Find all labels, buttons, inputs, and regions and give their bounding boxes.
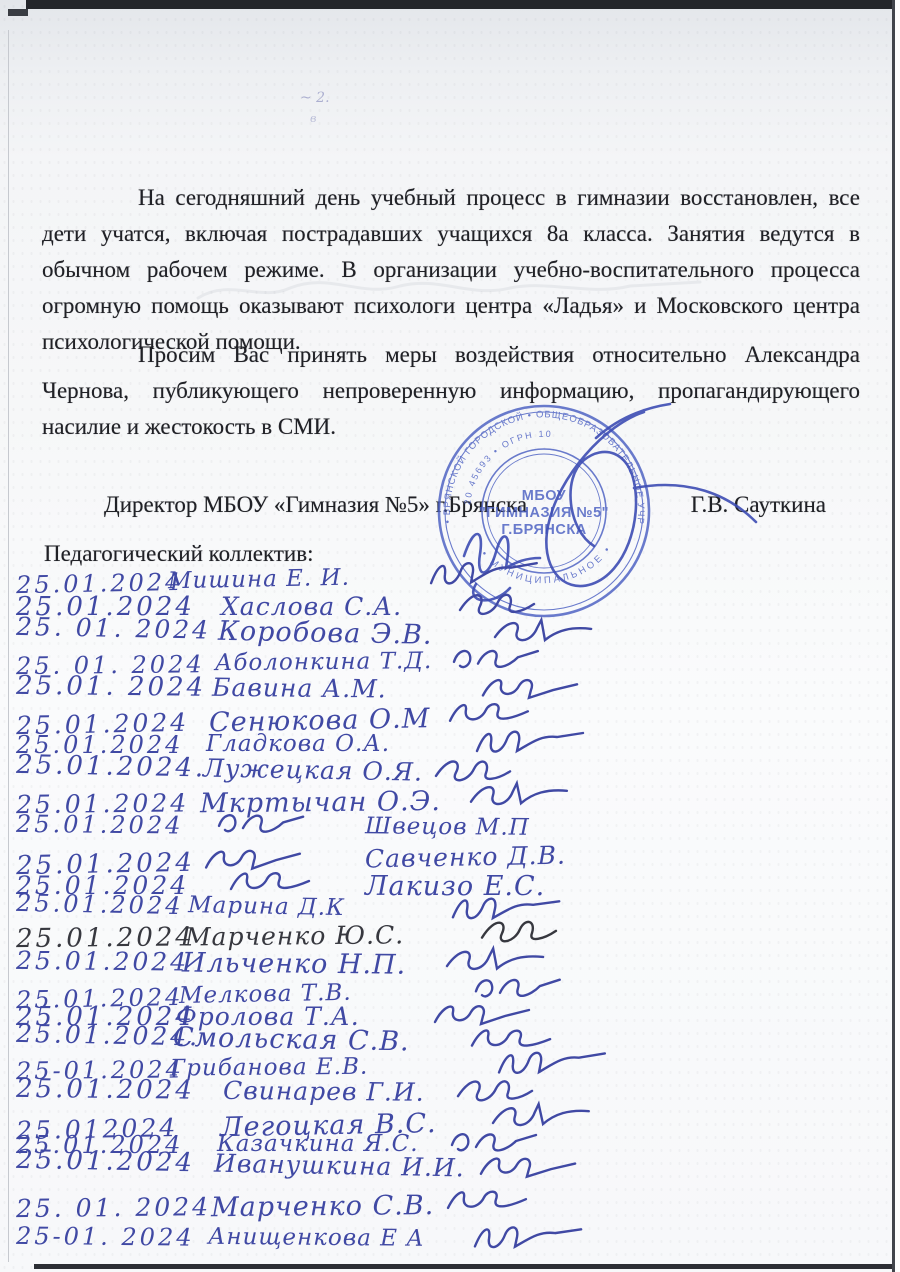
scan-edge-right — [892, 0, 895, 1272]
signature-name: Савченко Д.В. — [365, 841, 566, 874]
signature-date: 25.01.2024 — [16, 1074, 195, 1106]
scan-edge-right-margin — [895, 0, 900, 1272]
signature-date: 25.01. 2024 — [16, 671, 206, 703]
signature-name: Иванушкина И.И. — [214, 1149, 465, 1183]
signature-name: Анищенкова Е А — [208, 1224, 425, 1252]
scan-edge-top — [26, 0, 900, 9]
speck-mark: ~ 2. — [300, 90, 330, 106]
signature-date: 25.01.2024 — [16, 946, 189, 977]
signature-name: Лужецкая О.Я. — [203, 753, 423, 786]
signature-name: Марченко С.В. — [211, 1190, 435, 1223]
scanned-letter-page: ~ 2. в На сегодняшний день учебный проце… — [0, 0, 900, 1272]
signature-date: 25-01. 2024 — [16, 1222, 195, 1252]
signature-row: 25. 01. 2024Марченко С.В. — [0, 1186, 880, 1226]
signature-date: 25.01.2024 — [16, 810, 184, 840]
signature-name: Мишина Е. И. — [168, 565, 350, 594]
signature-date: 25. 01. 2024 — [16, 1192, 211, 1223]
signature-scribble — [478, 912, 598, 947]
signature-name: Ильченко Н.П. — [182, 948, 407, 981]
signature-date: 25.01.2024 — [16, 889, 184, 920]
signature-date: 25.01.2024 — [16, 1145, 195, 1178]
signature-name: Аболонкина Т.Д. — [215, 648, 433, 676]
signature-name: Марченко Ю.С. — [185, 920, 404, 951]
signature-name: Свинарев Г.И. — [223, 1076, 425, 1107]
speck-dot: в — [310, 112, 316, 125]
signature-name: Бавина А.М. — [212, 673, 387, 704]
scan-edge-top-notch — [8, 9, 28, 16]
signature-name: Коробова Э.В. — [218, 616, 433, 651]
signature-scribble — [463, 779, 583, 814]
signature-scribble — [469, 1220, 589, 1255]
ink-bleed-through — [190, 268, 710, 312]
signature-scribble — [477, 1148, 598, 1184]
signature-name: Швецов М.П — [365, 813, 530, 841]
scan-edge-bottom — [34, 1264, 892, 1269]
signature-name: Смольская С.В. — [173, 1022, 410, 1058]
signature-name: Марина Д.К — [188, 892, 345, 921]
signature-date: 25. 01. 2024 — [16, 612, 212, 645]
signature-row: 25-01. 2024Анищенкова Е А — [0, 1222, 880, 1262]
signature-date: 25.01.2024. — [16, 750, 207, 784]
signature-scribble — [438, 1183, 558, 1218]
collective-heading: Педагогический коллектив: — [44, 541, 313, 567]
pencil-specks: ~ 2. в — [300, 90, 330, 106]
signature-scribble — [213, 806, 333, 841]
